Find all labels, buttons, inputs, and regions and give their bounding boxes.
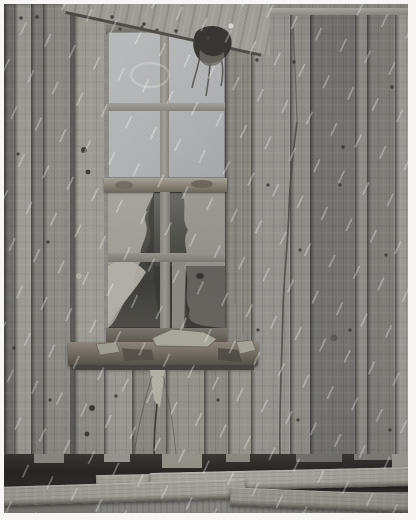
siding-board (355, 10, 367, 458)
board-end-stub (162, 454, 202, 468)
siding-board (14, 4, 31, 458)
meeting-rail (104, 178, 227, 192)
window-bottom-rail (106, 328, 227, 343)
siding-board (43, 4, 70, 458)
siding-board (310, 10, 355, 458)
siding-board (367, 10, 395, 458)
siding-board (166, 370, 204, 458)
muntin-horizontal-lower (108, 253, 225, 262)
siding-board (228, 370, 251, 458)
sill-shadow (72, 365, 254, 370)
eave-edge-strip (266, 8, 408, 15)
window-sill (68, 342, 258, 365)
siding-board (4, 4, 14, 458)
siding-board (31, 4, 43, 458)
board-end-stub (104, 454, 130, 462)
board-end-stub (296, 454, 342, 462)
siding-board (104, 370, 132, 458)
siding-board (395, 10, 408, 458)
siding-board (290, 10, 310, 458)
photograph (4, 4, 408, 513)
siding-board (204, 370, 228, 458)
board-end-stub (354, 454, 394, 460)
siding-board (251, 10, 290, 458)
photo-page: Weathered wooden wall of an old building… (0, 0, 416, 520)
muntin-horizontal-upper (108, 103, 225, 111)
board-end-stub (226, 454, 250, 462)
siding-board (132, 370, 166, 458)
board-end-stub (34, 454, 64, 463)
siding-board (74, 370, 104, 458)
